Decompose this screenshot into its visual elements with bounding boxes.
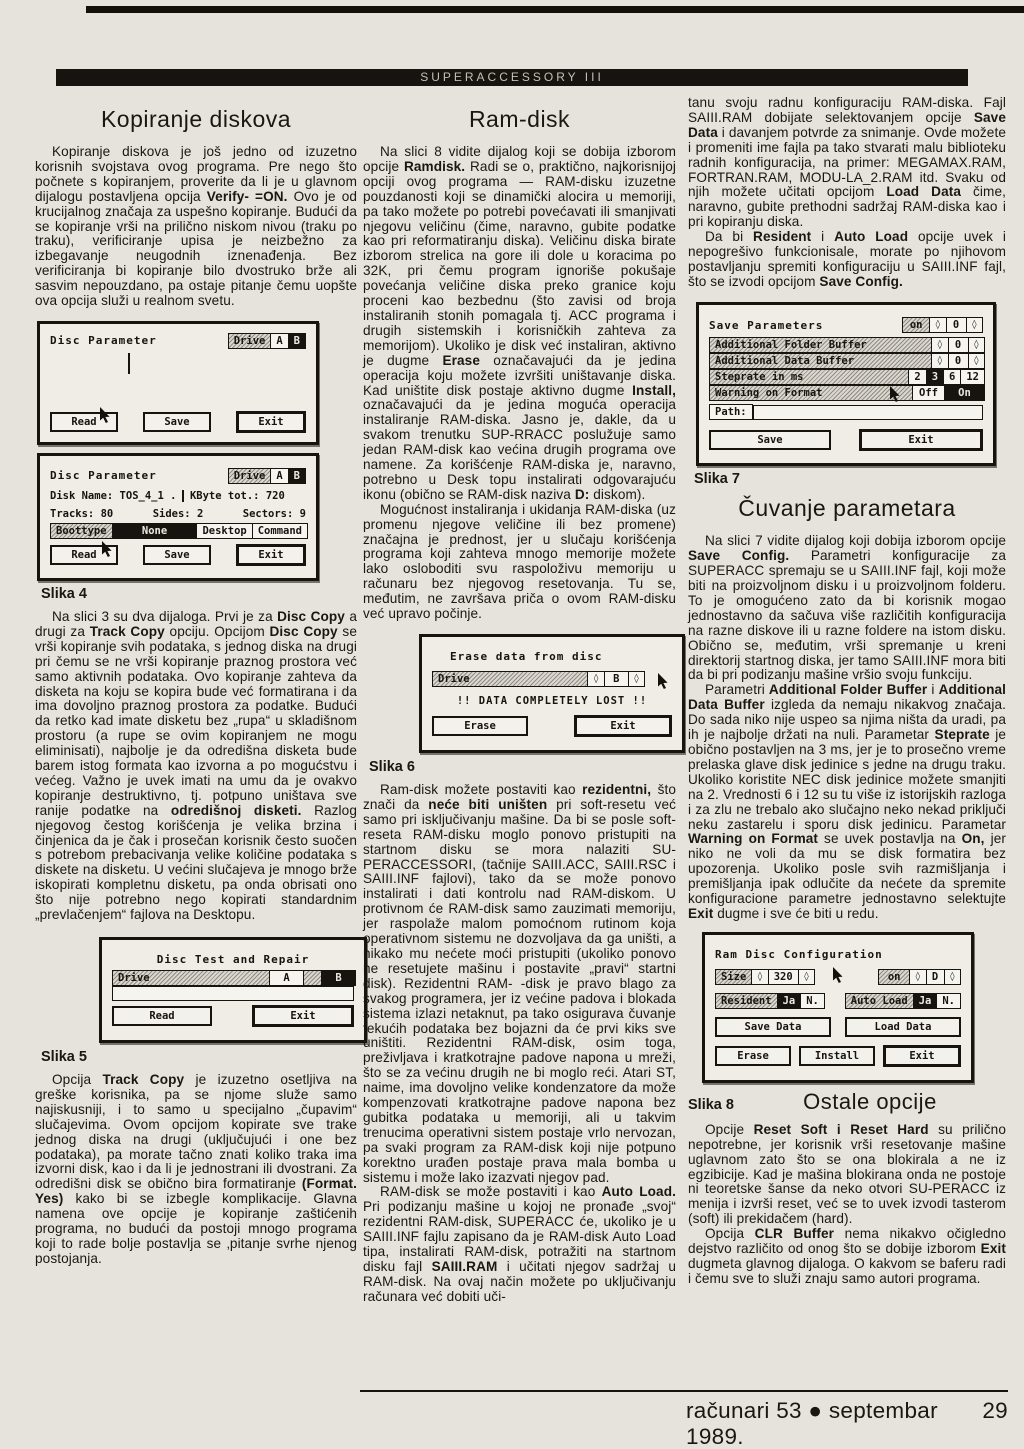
exit-button: Exit: [252, 1005, 354, 1027]
exit-button: Exit: [859, 429, 983, 451]
on-value: 0: [946, 318, 966, 332]
autoload-no: N.: [936, 994, 960, 1008]
boottype-option-command: Command: [252, 524, 307, 538]
paragraph: RAM-disk se može postaviti i kao Auto Lo…: [363, 1185, 676, 1304]
figure-caption: Slika 6: [369, 759, 676, 775]
dialog-disc-parameter-1: Disc Parameter Drive A B Read Save Exit: [37, 321, 319, 445]
resident-no: N.: [800, 994, 824, 1008]
autoload-toggle: Auto Load Ja N.: [845, 993, 961, 1009]
footer: računari 53 ● septembar 1989. 29: [360, 1390, 1008, 1446]
warning-option-on: On: [944, 386, 984, 400]
section-header-bar: SUPERACCESSORY III: [56, 69, 968, 86]
paragraph: Opcije Reset Soft i Reset Hard su prilič…: [688, 1123, 1006, 1227]
resident-toggle: Resident Ja N.: [715, 993, 825, 1009]
paragraph: Kopiranje diskova je još jedno od izuzet…: [35, 145, 357, 309]
install-button: Install: [799, 1046, 875, 1066]
drive-option-a: A: [270, 334, 287, 348]
steprate-option-6: 6: [943, 370, 960, 384]
steprate-option-3: 3: [926, 370, 943, 384]
path-field: [753, 405, 983, 420]
paragraph: Parametri Additional Folder Buffer i Add…: [688, 683, 1006, 922]
dialog-title: Disc Parameter: [50, 334, 157, 347]
article-title-kopiranje: Kopiranje diskova: [35, 106, 357, 133]
data-buffer-value: 0: [948, 354, 968, 368]
section-title-cuvanje: Čuvanje parametara: [688, 495, 1006, 522]
autoload-yes: Ja: [913, 994, 937, 1008]
size-spinner: Size ◊ 320 ◊: [715, 969, 815, 985]
mouse-pointer-icon: [833, 967, 845, 984]
drive-on-spinner: on ◊ D ◊: [878, 969, 961, 985]
divider: [182, 490, 184, 502]
steprate-option-2: 2: [908, 370, 925, 384]
spinner-up-icon: ◊: [931, 354, 947, 368]
drive-selector: Drive A B: [112, 970, 356, 986]
dialog-title: Erase data from disc: [450, 650, 602, 663]
sectors-label: Sectors:: [243, 508, 294, 520]
spinner-up-icon: ◊: [751, 970, 767, 984]
dialog-title: Disc Parameter: [50, 469, 157, 482]
sectors-value: 9: [300, 508, 306, 520]
dialog-disc-parameter-2: Disc Parameter Drive A B Disk Name: TOS_…: [37, 453, 319, 581]
paragraph: tanu svoju radnu konfiguraciju RAM-diska…: [688, 96, 1006, 230]
data-buffer-spinner: Additional Data Buffer ◊ 0 ◊: [709, 353, 985, 369]
drive-label: Drive: [433, 672, 587, 686]
paragraph: Opcija CLR Buffer nema nikakvo očigledno…: [688, 1227, 1006, 1287]
spinner-up-icon: ◊: [587, 672, 603, 686]
tracks-label: Tracks:: [50, 508, 94, 520]
folder-buffer-value: 0: [948, 338, 968, 352]
boottype-option-desktop: Desktop: [196, 524, 251, 538]
steprate-label: Steprate in ms: [710, 370, 908, 384]
dialog-ramdisk-configuration: Ram Disc Configuration Size ◊ 320 ◊ on ◊…: [702, 932, 974, 1083]
paragraph: Na slici 8 vidite dijalog koji se dobija…: [363, 145, 676, 503]
disk-name-value: TOS_4_1 .: [120, 490, 177, 502]
magazine-page: SUPERACCESSORY III Kopiranje diskova Kop…: [0, 0, 1024, 1449]
warning-format-label: Warning on Format: [710, 386, 912, 400]
drive-value: B: [604, 672, 628, 686]
paragraph: Da bi Resident i Auto Load opcije uvek i…: [688, 230, 1006, 290]
spinner-up-icon: ◊: [909, 970, 925, 984]
spinner-down-icon: ◊: [798, 970, 814, 984]
on-label: on: [879, 970, 909, 984]
read-button: Read: [50, 412, 118, 432]
drive-option-b: B: [321, 971, 355, 985]
kbyte-label: KByte tot.:: [190, 490, 260, 502]
paragraph: Opcija Track Copy je izuzetno osetljiva …: [35, 1073, 357, 1267]
paragraph: Na slici 7 vidite dijalog koji dobija iz…: [688, 534, 1006, 683]
read-button: Read: [112, 1006, 212, 1026]
warning-option-off: Off: [912, 386, 944, 400]
folder-buffer-label: Additional Folder Buffer: [710, 338, 931, 352]
filename-field: [112, 986, 354, 1001]
section-title-ostale: Ostale opcije: [734, 1089, 1006, 1115]
drive-spinner: Drive ◊ B ◊: [432, 671, 645, 687]
spinner-down-icon: ◊: [944, 970, 960, 984]
drive-option-b: B: [288, 334, 305, 348]
kbyte-value: 720: [266, 490, 285, 502]
column-left: Kopiranje diskova Kopiranje diskova je j…: [35, 98, 357, 1267]
mouse-pointer-icon: [658, 673, 670, 690]
on-label: on: [903, 318, 929, 332]
figure-caption: Slika 4: [41, 586, 357, 602]
spinner-up-icon: ◊: [929, 318, 945, 332]
top-rule: [86, 6, 1024, 13]
dialog-title: Ram Disc Configuration: [715, 948, 883, 961]
figure-caption: Slika 5: [41, 1049, 357, 1065]
drive-option-a: A: [270, 469, 287, 483]
load-data-button: Load Data: [845, 1017, 961, 1037]
data-buffer-label: Additional Data Buffer: [710, 354, 931, 368]
steprate-option-12: 12: [960, 370, 984, 384]
sides-value: 2: [197, 508, 203, 520]
exit-button: Exit: [236, 411, 306, 433]
erase-button: Erase: [432, 716, 528, 736]
boottype-label: Boottype: [51, 524, 112, 538]
disk-name-label: Disk Name:: [50, 490, 113, 502]
folder-buffer-spinner: Additional Folder Buffer ◊ 0 ◊: [709, 337, 985, 353]
size-label: Size: [716, 970, 751, 984]
resident-label: Resident: [716, 994, 777, 1008]
save-button: Save: [143, 412, 211, 432]
column-middle: Ram-disk Na slici 8 vidite dijalog koji …: [363, 98, 676, 1305]
paragraph: Na slici 3 su dva dijaloga. Prvi je za D…: [35, 610, 357, 923]
read-button: Read: [50, 545, 118, 565]
warning-text: !! DATA COMPLETELY LOST !!: [432, 695, 672, 707]
spinner-down-icon: ◊: [968, 354, 984, 368]
boottype-selector: Boottype None Desktop Command: [50, 523, 308, 539]
spinner-down-icon: ◊: [628, 672, 644, 686]
dialog-disc-test-repair: Disc Test and Repair Drive A B Read Exit: [99, 937, 367, 1043]
save-button: Save: [143, 545, 211, 565]
drive-value: D: [926, 970, 944, 984]
autoload-label: Auto Load: [846, 994, 913, 1008]
figure-caption: Slika 7: [694, 471, 1006, 487]
paragraph: Mogućnost instaliranja i ukidanja RAM-di…: [363, 503, 676, 622]
drive-option-b: B: [288, 469, 305, 483]
figure-caption: Slika 8: [688, 1097, 734, 1113]
paragraph: Ram-disk možete postaviti kao rezidentni…: [363, 783, 676, 1185]
hatch-spacer: [303, 971, 321, 985]
size-value: 320: [768, 970, 798, 984]
drive-label: Drive: [229, 469, 271, 483]
save-data-button: Save Data: [715, 1017, 831, 1037]
on-spinner: on ◊ 0 ◊: [902, 317, 983, 333]
tracks-value: 80: [101, 508, 114, 520]
steprate-selector: Steprate in ms 2 3 6 12: [709, 369, 985, 385]
dialog-title: Disc Test and Repair: [157, 953, 309, 966]
save-button: Save: [709, 430, 831, 450]
dialog-title: Save Parameters: [709, 319, 823, 332]
drive-label: Drive: [229, 334, 271, 348]
page-number: 29: [982, 1398, 1008, 1424]
resident-yes: Ja: [777, 994, 801, 1008]
boottype-option-none: None: [112, 524, 197, 538]
dialog-erase-data: Erase data from disc Drive ◊ B ◊ !! DATA…: [419, 634, 685, 753]
drive-label: Drive: [113, 971, 269, 985]
spinner-up-icon: ◊: [931, 338, 947, 352]
magazine-issue-date: računari 53 ● septembar 1989.: [686, 1398, 982, 1449]
exit-button: Exit: [883, 1045, 961, 1067]
sides-label: Sides:: [153, 508, 191, 520]
column-right: tanu svoju radnu konfiguraciju RAM-diska…: [688, 96, 1006, 1287]
drive-selector: Drive A B: [228, 468, 306, 484]
spinner-down-icon: ◊: [968, 338, 984, 352]
text-cursor: [128, 353, 130, 374]
drive-selector: Drive A B: [228, 333, 306, 349]
exit-button: Exit: [574, 715, 672, 737]
path-label: Path:: [709, 404, 753, 420]
drive-option-a: A: [269, 971, 303, 985]
exit-button: Exit: [236, 544, 306, 566]
spinner-down-icon: ◊: [966, 318, 982, 332]
erase-button: Erase: [715, 1046, 791, 1066]
warning-on-format-selector: Warning on Format Off On: [709, 385, 985, 401]
article-title-ramdisk: Ram-disk: [363, 106, 676, 133]
dialog-save-parameters: Save Parameters on ◊ 0 ◊ Additional Fold…: [696, 302, 996, 467]
